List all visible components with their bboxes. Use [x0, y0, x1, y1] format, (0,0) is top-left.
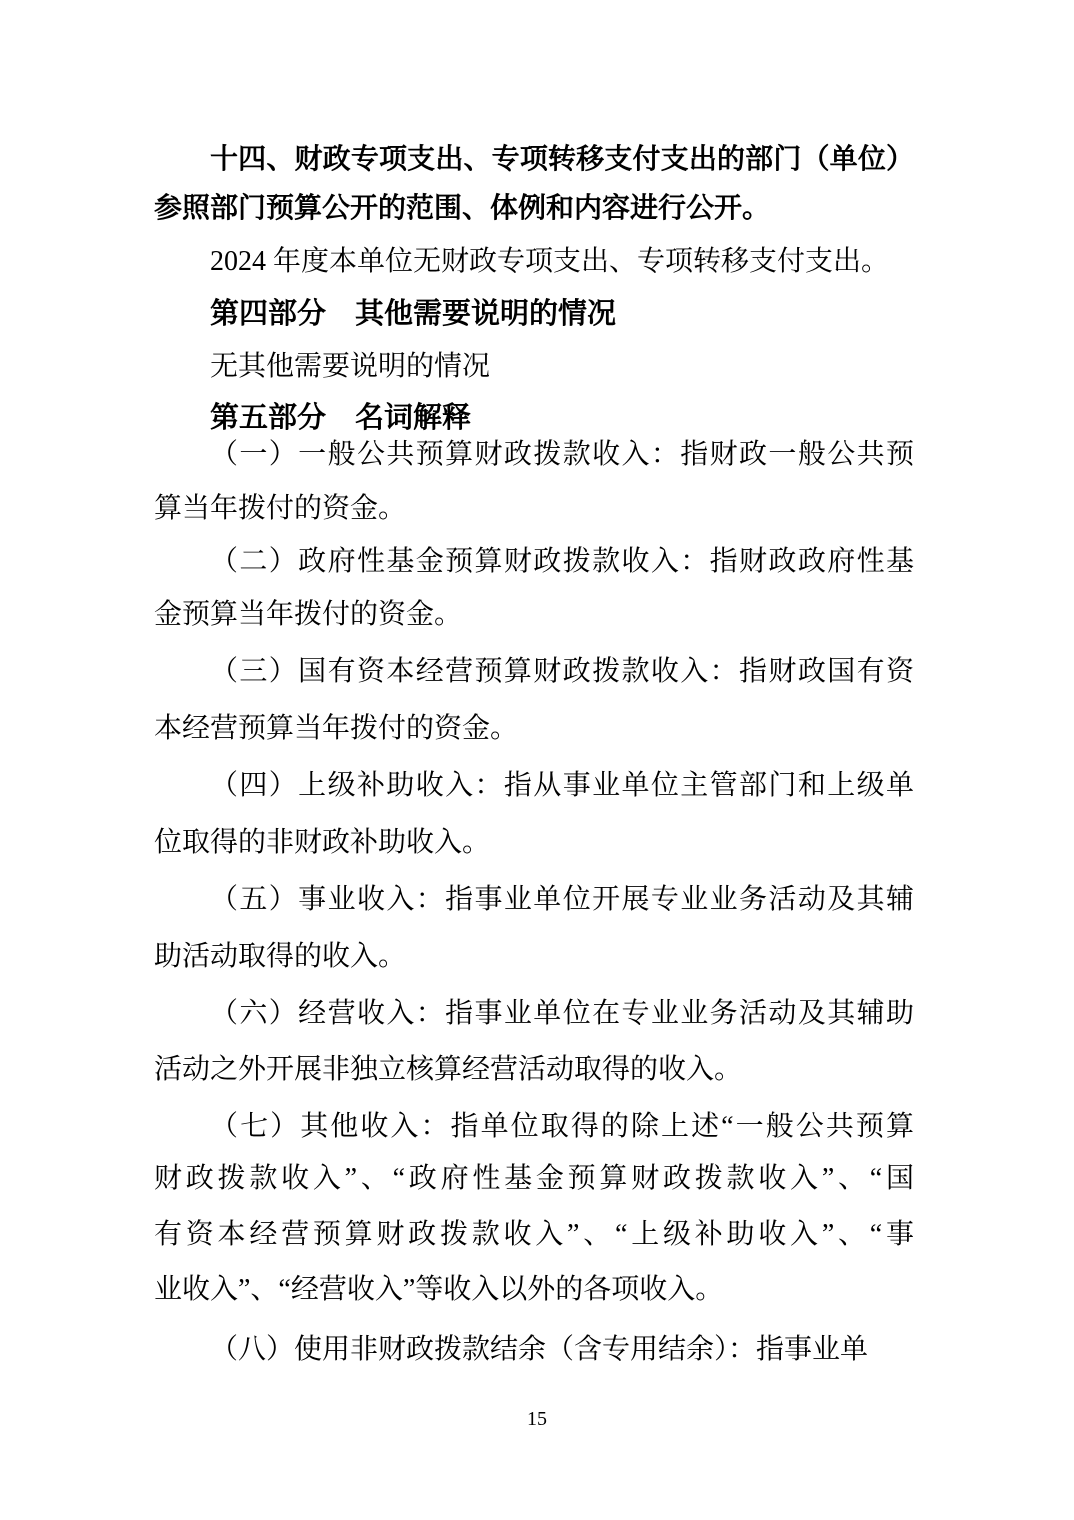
term-definition-line: （八）使用非财政拨款结余（含专用结余）：指事业单: [154, 1333, 914, 1371]
page-number: 15: [0, 1407, 1074, 1433]
term-definition-line: 位取得的非财政补助收入。: [154, 826, 914, 864]
term-definition-line: 算当年拨付的资金。: [154, 492, 914, 530]
term-definition-line: 活动之外开展非独立核算经营活动取得的收入。: [154, 1053, 914, 1091]
term-definition-line: 有资本经营预算财政拨款收入”、“上级补助收入”、“事: [154, 1218, 914, 1256]
term-definition-line: 业收入”、“经营收入”等收入以外的各项收入。: [154, 1273, 914, 1311]
term-definition-line: （二）政府性基金预算财政拨款收入：指财政政府性基: [154, 545, 914, 583]
term-definition-line: （三）国有资本经营预算财政拨款收入：指财政国有资: [154, 655, 914, 693]
para-2024-statement: 2024 年度本单位无财政专项支出、专项转移支付支出。: [154, 245, 914, 283]
document-page: 十四、财政专项支出、专项转移支付支出的部门（单位） 参照部门预算公开的范围、体例…: [0, 0, 1074, 1520]
term-definition-line: 财政拨款收入”、“政府性基金预算财政拨款收入”、“国: [154, 1162, 914, 1200]
heading-item14-line1: 十四、财政专项支出、专项转移支付支出的部门（单位）: [154, 143, 914, 181]
term-definition-line: （七）其他收入：指单位取得的除上述“一般公共预算: [154, 1110, 914, 1148]
term-definition-line: 助活动取得的收入。: [154, 940, 914, 978]
term-definition-line: （一）一般公共预算财政拨款收入：指财政一般公共预: [154, 438, 914, 476]
term-definition-line: （六）经营收入：指事业单位在专业业务活动及其辅助: [154, 997, 914, 1035]
term-definition-line: （五）事业收入：指事业单位开展专业业务活动及其辅: [154, 883, 914, 921]
section-5-heading: 第五部分 名词解释: [154, 401, 914, 439]
section-4-heading: 第四部分 其他需要说明的情况: [154, 297, 914, 335]
heading-item14-line2: 参照部门预算公开的范围、体例和内容进行公开。: [154, 192, 914, 230]
term-definition-line: 本经营预算当年拨付的资金。: [154, 712, 914, 750]
term-definition-line: 金预算当年拨付的资金。: [154, 598, 914, 636]
term-definition-line: （四）上级补助收入：指从事业单位主管部门和上级单: [154, 769, 914, 807]
para-no-other-notes: 无其他需要说明的情况: [154, 350, 914, 388]
